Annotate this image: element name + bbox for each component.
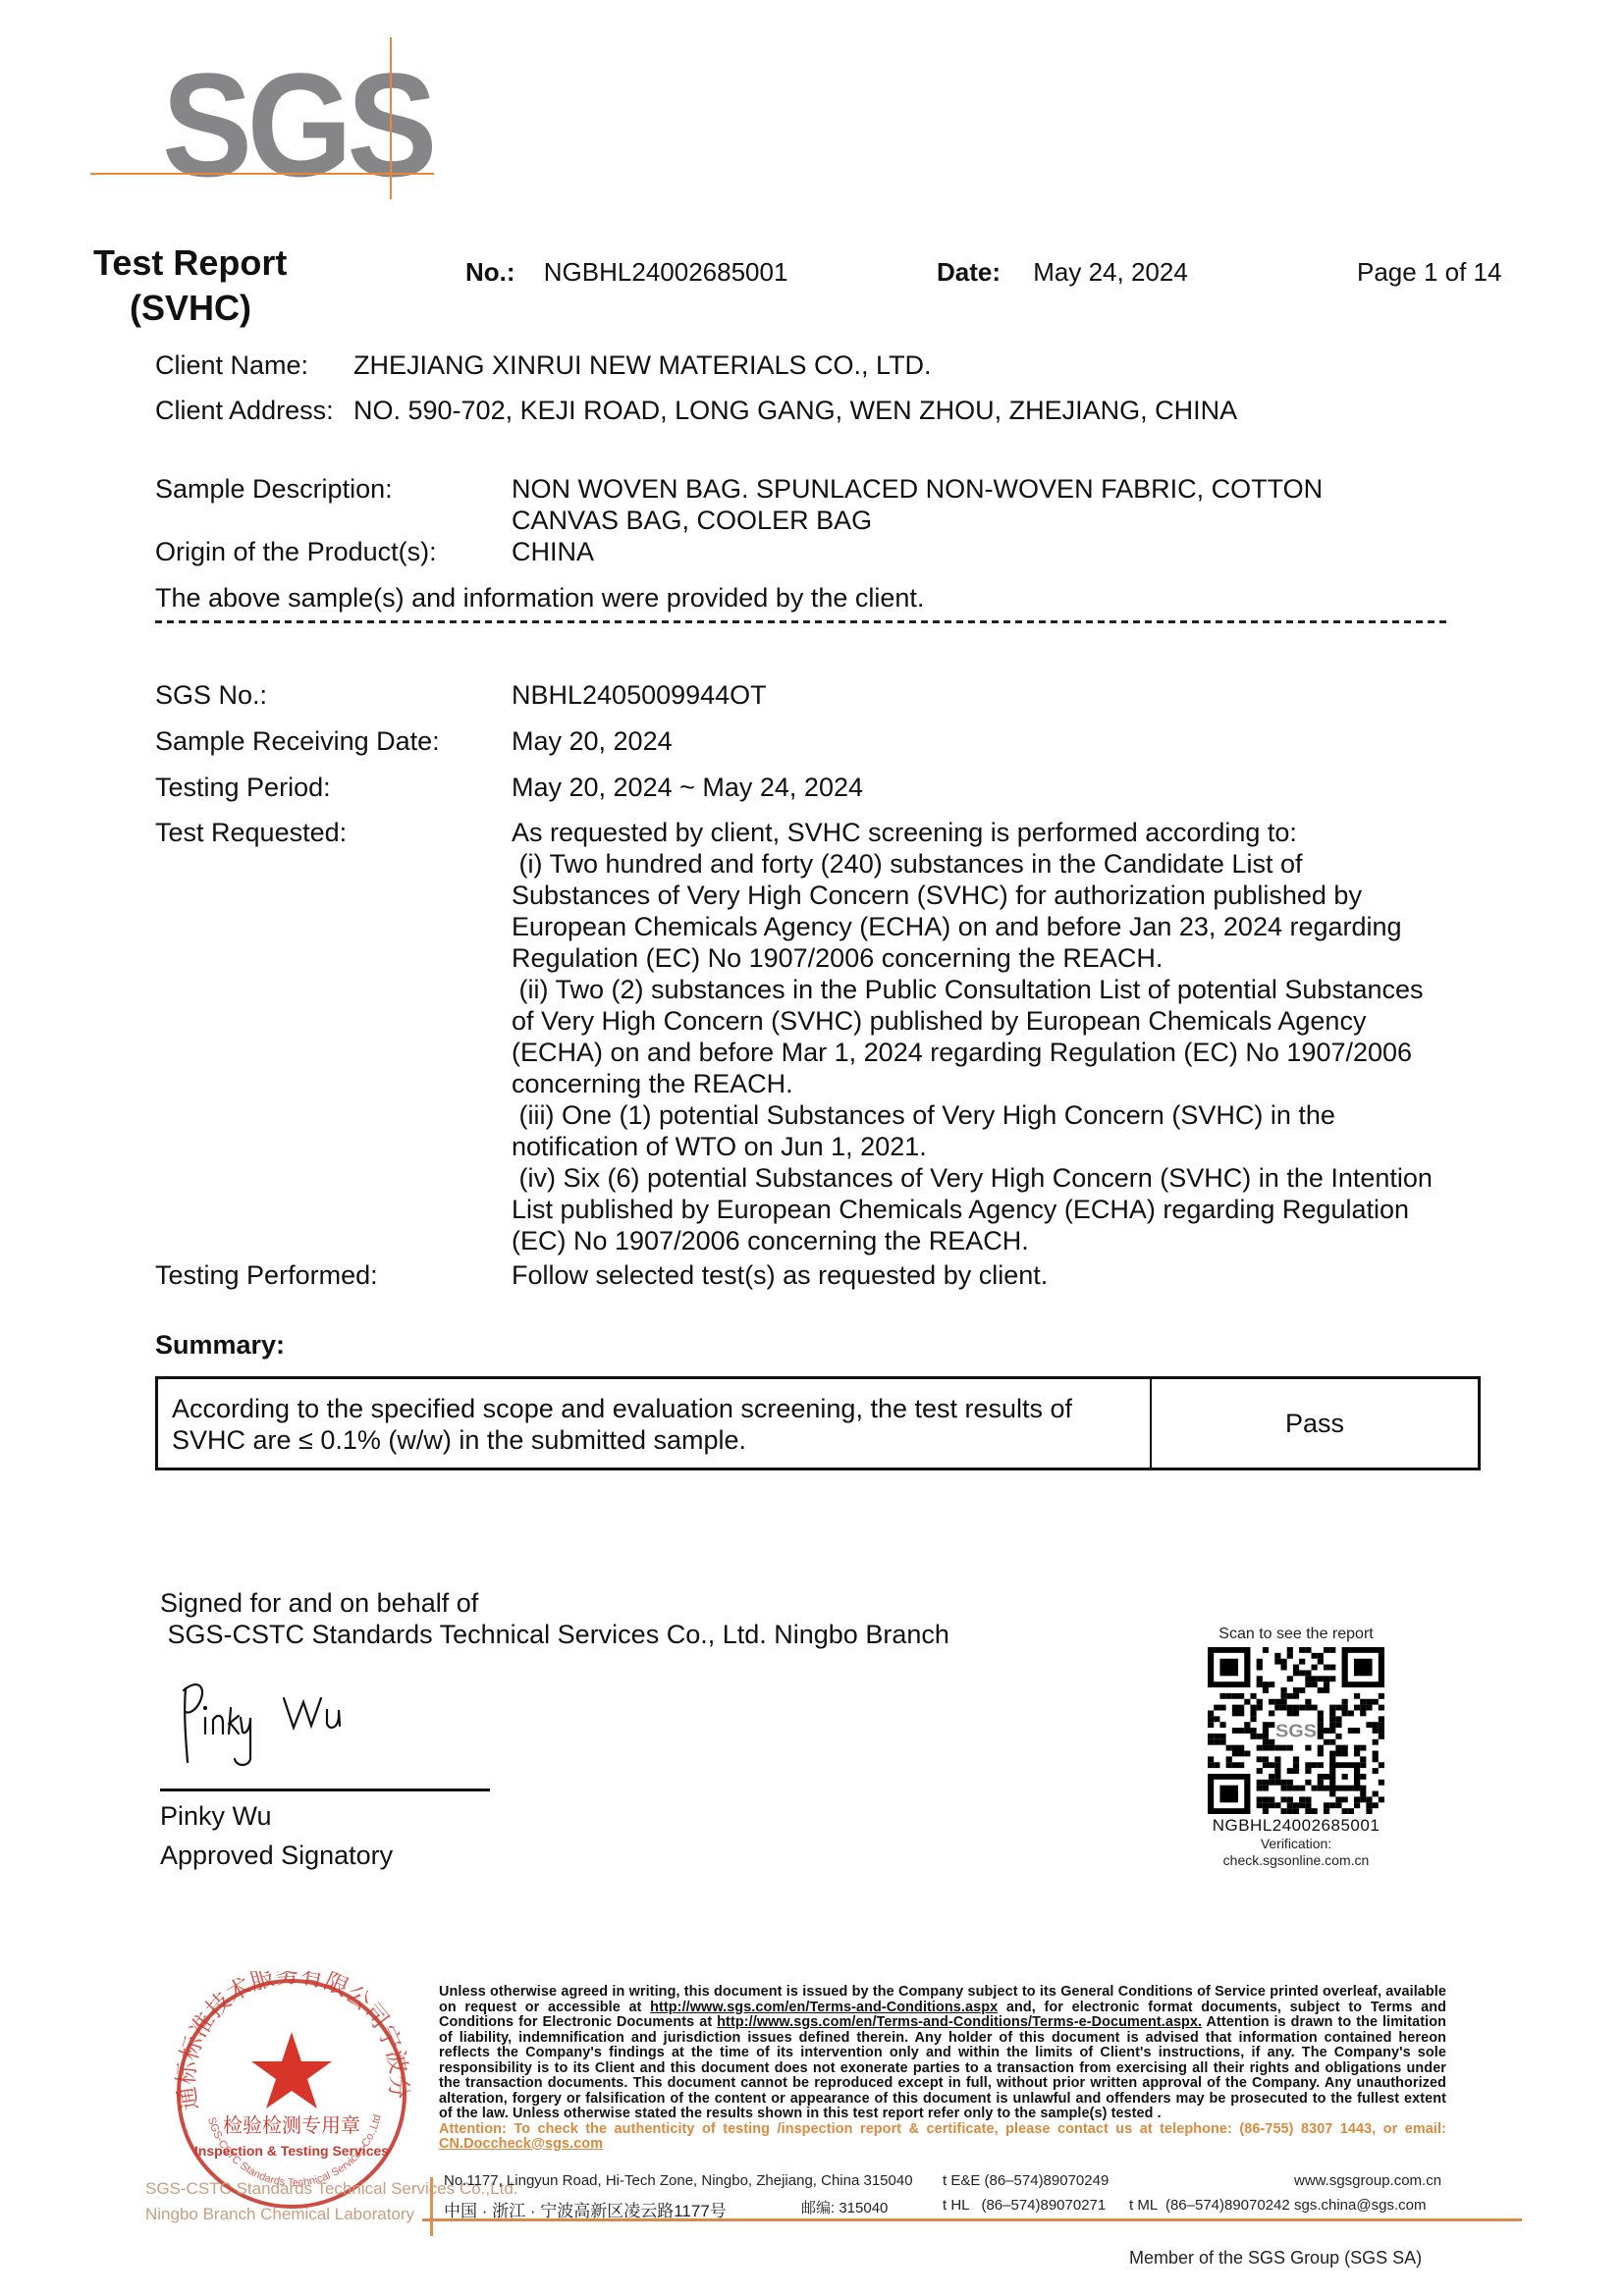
test-requested-line: (ECHA) on and before Mar 1, 2024 regardi… [512, 1037, 1493, 1068]
test-requested-line: notification of WTO on Jun 1, 2021. [512, 1131, 1493, 1162]
footer-orange-rule [422, 2218, 1522, 2221]
summary-text-cell: According to the specified scope and eva… [158, 1379, 1152, 1468]
authenticity-notice-text: Attention: To check the authenticity of … [439, 2121, 1446, 2137]
sgs-group-membership: Member of the SGS Group (SGS SA) [1129, 2248, 1422, 2269]
signatory-title: Approved Signatory [160, 1840, 393, 1871]
logo-orange-rule [90, 173, 434, 175]
test-requested-line: As requested by client, SVHC screening i… [512, 817, 1493, 848]
summary-text-line1: According to the specified scope and eva… [172, 1393, 1136, 1424]
handwritten-signature [172, 1669, 466, 1785]
summary-table: According to the specified scope and eva… [155, 1376, 1481, 1470]
origin-label: Origin of the Product(s): [155, 536, 437, 567]
provided-note: The above sample(s) and information were… [155, 582, 924, 614]
sample-description-label: Sample Description: [155, 473, 393, 505]
test-requested-line: (EC) No 1907/2006 concerning the REACH. [512, 1225, 1493, 1256]
signed-behalf-line1: Signed for and on behalf of [160, 1587, 478, 1619]
report-number-value: NGBHL24002685001 [544, 257, 788, 287]
test-requested-line: (i) Two hundred and forty (240) substanc… [512, 848, 1493, 880]
client-address-value: NO. 590-702, KEJI ROAD, LONG GANG, WEN Z… [353, 395, 1237, 426]
summary-result-cell: Pass [1152, 1379, 1478, 1468]
receiving-date-value: May 20, 2024 [512, 725, 1493, 757]
testing-performed-label: Testing Performed: [155, 1259, 378, 1291]
footer-tel-ee: t E&E (86–574)89070249 [943, 2172, 1109, 2189]
report-subtitle: (SVHC) [130, 287, 251, 329]
logo-orange-vertical-rule [390, 37, 392, 199]
test-requested-line: European Chemicals Agency (ECHA) on and … [512, 911, 1493, 942]
sgs-no-value: NBHL2405009944OT [512, 679, 1493, 711]
signatory-name: Pinky Wu [160, 1800, 272, 1832]
disclaimer-text-c: Attention is drawn to the limitation of … [439, 2014, 1446, 2121]
star-icon [251, 2032, 332, 2109]
footer-postcode-cn: 邮编: 315040 [801, 2197, 888, 2217]
receiving-date-label: Sample Receiving Date: [155, 725, 440, 757]
report-date-label: Date: [937, 257, 1001, 287]
client-address-label: Client Address: [155, 395, 334, 426]
summary-heading: Summary: [155, 1330, 285, 1361]
qr-verification-url: check.sgsonline.com.cn [1183, 1852, 1409, 1869]
qr-block: Scan to see the report SGS NGBHL24002685… [1183, 1626, 1409, 1869]
legal-disclaimer: Unless otherwise agreed in writing, this… [439, 1985, 1446, 2153]
footer-website-link[interactable]: www.sgsgroup.com.cn [1294, 2172, 1441, 2189]
client-name-label: Client Name: [155, 349, 308, 381]
test-requested-label: Test Requested: [155, 817, 347, 848]
footer-orange-vertical-rule [430, 2177, 433, 2236]
qr-verification-label: Verification: [1183, 1836, 1409, 1852]
sgs-logo: SGS [88, 29, 442, 187]
signed-behalf-line2: SGS-CSTC Standards Technical Services Co… [160, 1619, 949, 1650]
qr-report-number: NGBHL24002685001 [1183, 1816, 1409, 1836]
sample-description-line2: CANVAS BAG, COOLER BAG [512, 505, 1493, 536]
qr-code[interactable]: SGS [1208, 1647, 1384, 1814]
report-date: Date: May 24, 2024 [937, 257, 1188, 288]
test-requested-line: (iv) Six (6) potential Substances of Ver… [512, 1162, 1493, 1194]
dashed-separator [155, 620, 1447, 623]
footer-tel-ml: t ML (86–574)89070242 [1129, 2197, 1290, 2214]
report-number-label: No.: [465, 257, 515, 287]
terms-link[interactable]: http://www.sgs.com/en/Terms-and-Conditio… [650, 2000, 998, 2015]
lab-name-line2: Ningbo Branch Chemical Laboratory [145, 2205, 414, 2224]
qr-caption: Scan to see the report [1183, 1626, 1409, 1643]
footer-email-link[interactable]: sgs.china@sgs.com [1294, 2197, 1426, 2214]
client-name-value: ZHEJIANG XINRUI NEW MATERIALS CO., LTD. [353, 349, 932, 381]
report-date-value: May 24, 2024 [1033, 257, 1188, 287]
testing-period-value: May 20, 2024 ~ May 24, 2024 [512, 772, 1493, 803]
report-number: No.: NGBHL24002685001 [465, 257, 787, 288]
test-requested-line: List published by European Chemicals Age… [512, 1194, 1493, 1225]
test-requested-line: (ii) Two (2) substances in the Public Co… [512, 974, 1493, 1005]
testing-performed-value: Follow selected test(s) as requested by … [512, 1259, 1493, 1291]
svg-text:SGS: SGS [1275, 1722, 1317, 1741]
testing-period-label: Testing Period: [155, 772, 331, 803]
doccheck-email-link[interactable]: CN.Doccheck@sgs.com [439, 2136, 603, 2152]
report-title: Test Report [93, 241, 287, 284]
authenticity-notice: Attention: To check the authenticity of … [439, 2122, 1446, 2153]
qr-code-icon: SGS [1208, 1647, 1384, 1814]
test-requested-line: Substances of Very High Concern (SVHC) f… [512, 880, 1493, 911]
e-document-terms-link[interactable]: http://www.sgs.com/en/Terms-and-Conditio… [717, 2014, 1202, 2030]
test-requested-line: Regulation (EC) No 1907/2006 concerning … [512, 942, 1493, 974]
sample-description-line1: NON WOVEN BAG. SPUNLACED NON-WOVEN FABRI… [512, 473, 1493, 505]
test-requested-line: concerning the REACH. [512, 1068, 1493, 1099]
test-requested-text: As requested by client, SVHC screening i… [512, 817, 1493, 1256]
test-requested-line: (iii) One (1) potential Substances of Ve… [512, 1099, 1493, 1131]
footer-address-en: No.1177, Lingyun Road, Hi-Tech Zone, Nin… [444, 2172, 913, 2189]
test-requested-line: of Very High Concern (SVHC) published by… [512, 1005, 1493, 1037]
sgs-no-label: SGS No.: [155, 679, 267, 711]
signature-line [160, 1789, 490, 1791]
stamp-chinese-center: 检验检测专用章 [223, 2113, 360, 2137]
page-indicator: Page 1 of 14 [1357, 257, 1501, 288]
origin-value: CHINA [512, 536, 1493, 567]
summary-text-line2: SVHC are ≤ 0.1% (w/w) in the submitted s… [172, 1424, 1136, 1456]
footer-tel-hl: t HL (86–574)89070271 [943, 2197, 1106, 2214]
